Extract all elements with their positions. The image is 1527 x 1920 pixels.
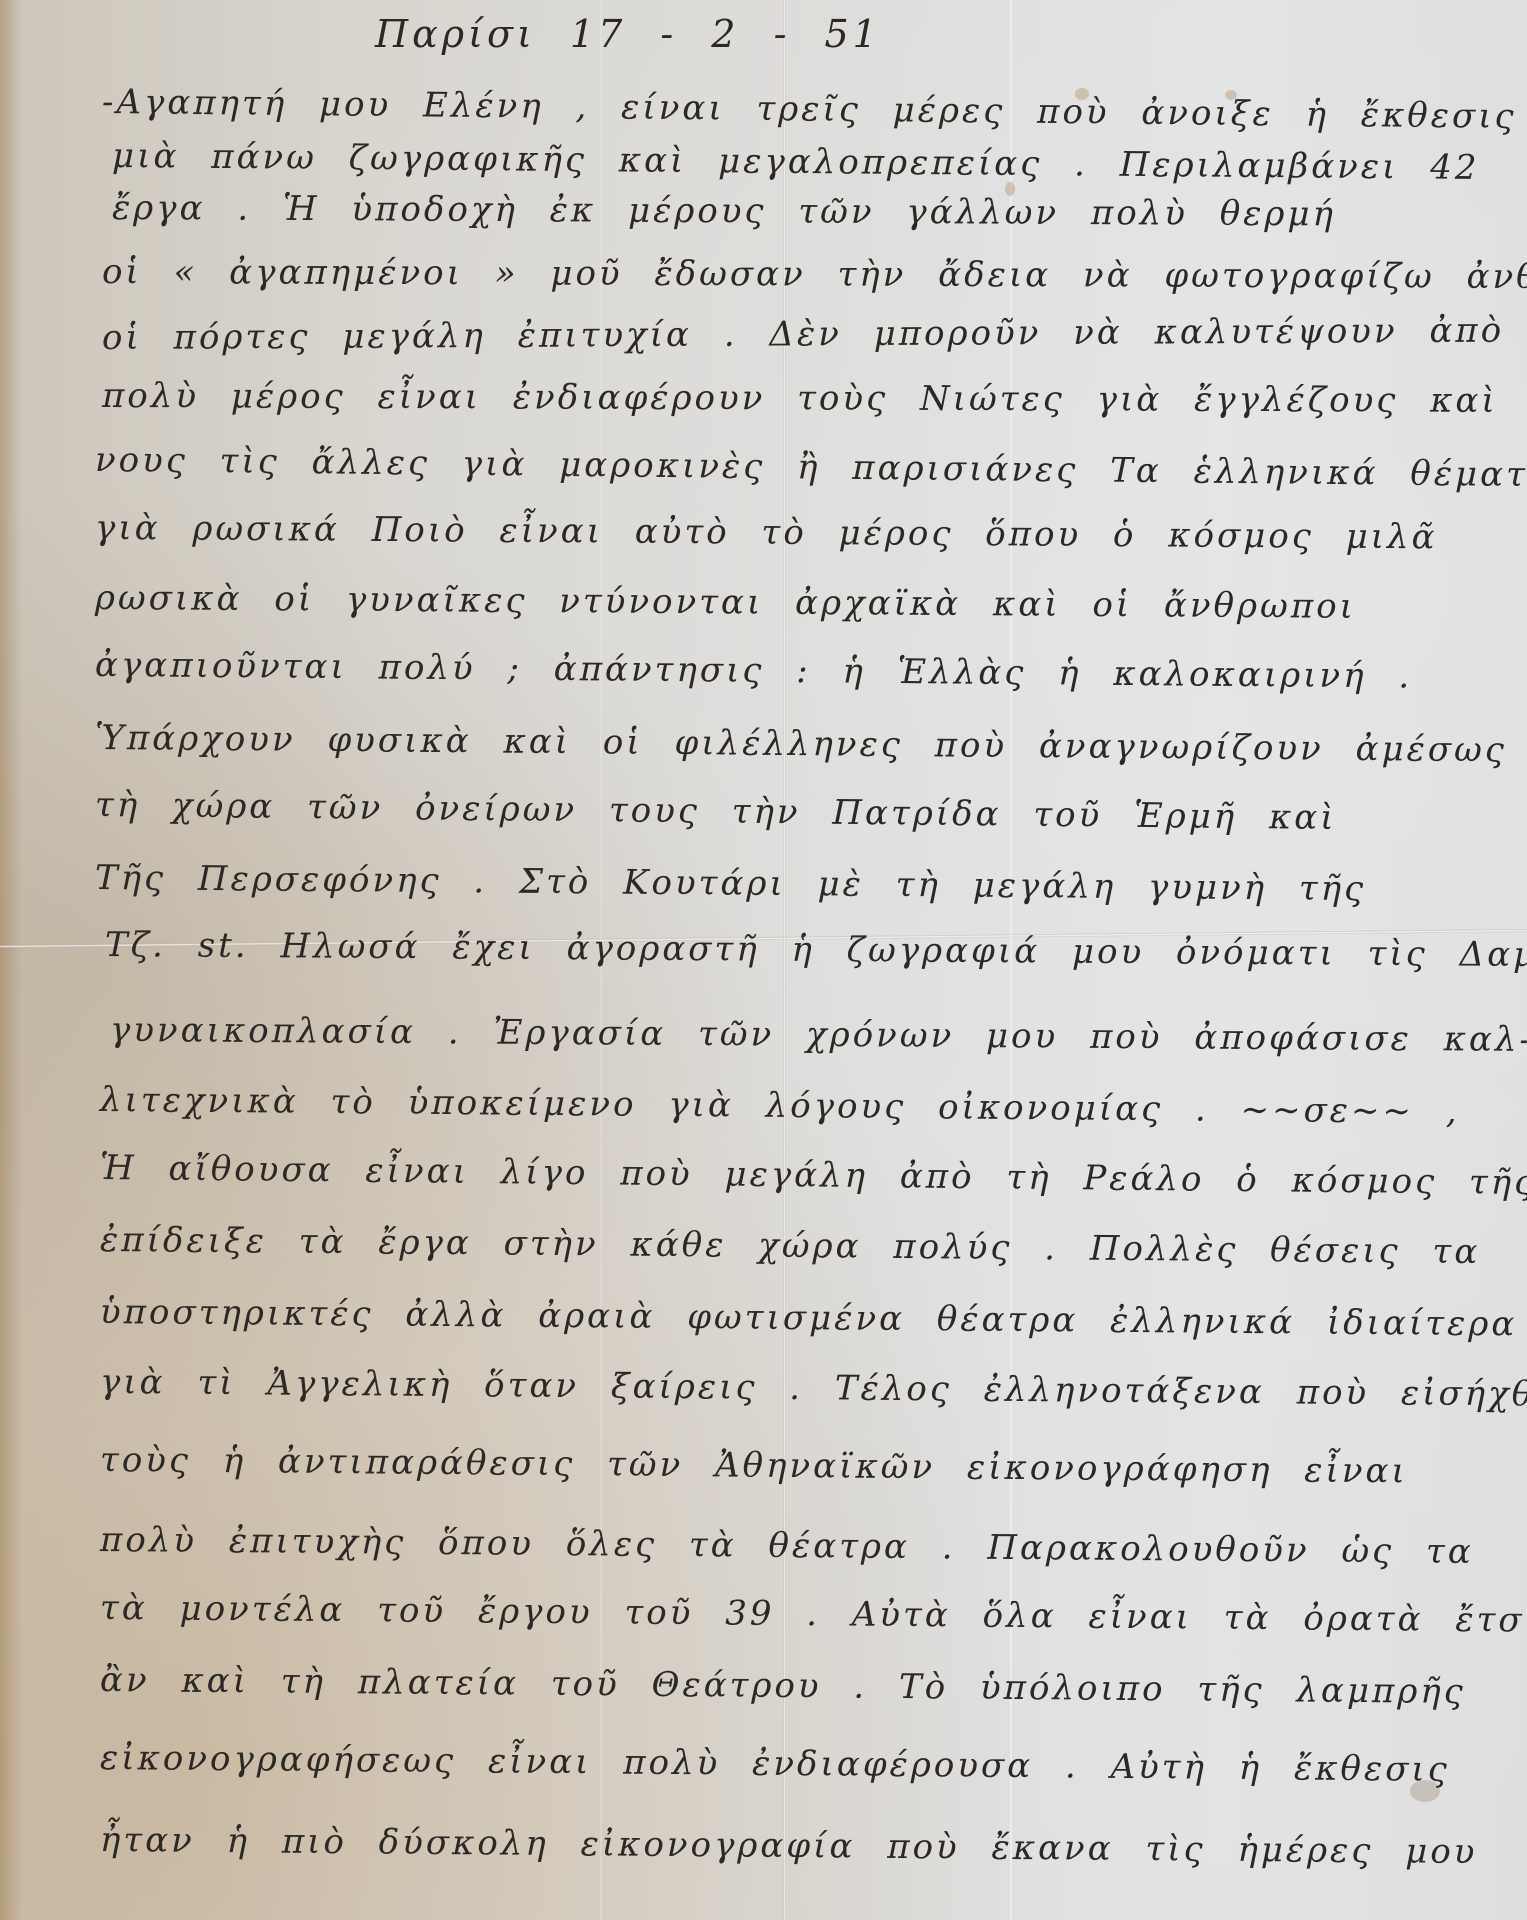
- letter-line: ἀγαπιοῦνται πολύ ; ἀπάντησις : ἡ Ἑλλὰς ἡ…: [95, 645, 1413, 696]
- letter-line: τὰ μοντέλα τοῦ ἔργου τοῦ 39 . Αὐτὰ ὅλα ε…: [100, 1588, 1527, 1641]
- letter-line: ἔργα . Ἡ ὑποδοχὴ ἐκ μέρους τῶν γάλλων πο…: [112, 188, 1336, 234]
- letter-line: λιτεχνικὰ τὸ ὑποκείμενο γιὰ λόγους οἰκον…: [100, 1080, 1460, 1132]
- letter-line: ρωσικὰ οἱ γυναῖκες ντύνονται ἀρχαϊκὰ καὶ…: [95, 578, 1356, 627]
- letter-line: γυναικοπλασία . Ἐργασία τῶν χρόνων μου π…: [110, 1010, 1527, 1060]
- letter-line: Ὑπάρχουν φυσικὰ καὶ οἱ φιλέλληνες ποὺ ἀν…: [95, 718, 1507, 770]
- letter-body: Παρίσι 17 - 2 - 51 -Αγαπητή μου Ελένη , …: [0, 0, 1527, 1920]
- letter-line: οἱ « ἀγαπημένοι » μοῦ ἔδωσαν τὴν ἄδεια ν…: [102, 252, 1527, 297]
- letter-line: ἂν καὶ τὴ πλατεία τοῦ Θεάτρου . Τὸ ὑπόλο…: [100, 1660, 1466, 1712]
- letter-date: Παρίσι 17 - 2 - 51: [375, 12, 881, 56]
- letter-line: τὴ χώρα τῶν ὀνείρων τους τὴν Πατρίδα τοῦ…: [95, 785, 1337, 838]
- letter-line: πολὺ ἐπιτυχὴς ὅπου ὅλες τὰ θέατρα . Παρα…: [100, 1520, 1474, 1572]
- letter-line: γιὰ τὶ Ἀγγελικὴ ὅταν ξαίρεις . Τέλος ἐλλ…: [100, 1362, 1527, 1415]
- letter-line: ἦταν ἡ πιὸ δύσκολη εἰκονογραφία ποὺ ἔκαν…: [100, 1820, 1478, 1872]
- letter-line: Τῆς Περσεφόνης . Στὸ Κουτάρι μὲ τὴ μεγάλ…: [95, 858, 1367, 909]
- letter-line: ἐπίδειξε τὰ ἔργα στὴν κάθε χώρα πολύς . …: [100, 1220, 1481, 1272]
- letter-line: μιὰ πάνω ζωγραφικῆς καὶ μεγαλοπρεπείας .…: [112, 136, 1480, 188]
- letter-line: γιὰ ρωσικά Ποιὸ εἶναι αὐτὸ τὸ μέρος ὅπου…: [95, 508, 1438, 557]
- letter-line: πολὺ μέρος εἶναι ἐνδιαφέρουν τοὺς Νιώτες…: [102, 376, 1527, 422]
- letter-line: ὑποστηρικτές ἀλλὰ ἀραιὰ φωτισμένα θέατρα…: [100, 1292, 1527, 1346]
- letter-line: Ἡ αἴθουσα εἶναι λίγο ποὺ μεγάλη ἀπὸ τὴ Ρ…: [100, 1148, 1527, 1203]
- letter-line: -Αγαπητή μου Ελένη , είναι τρεῖς μέρες π…: [102, 82, 1517, 137]
- letter-line: οἱ πόρτες μεγάλη ἐπιτυχία . Δὲν μποροῦν …: [102, 311, 1504, 358]
- letter-line: Τζ. st. Ηλωσά ἔχει ἀγοραστῆ ἡ ζωγραφιά μ…: [105, 925, 1527, 976]
- letter-line: εἰκονογραφήσεως εἶναι πολὺ ἐνδιαφέρουσα …: [100, 1738, 1450, 1790]
- letter-line: τοὺς ἡ ἀντιπαράθεσις τῶν Ἀθηναϊκῶν εἰκον…: [100, 1440, 1408, 1491]
- letter-line: νους τὶς ἄλλες γιὰ μαροκινὲς ἢ παρισιάνε…: [95, 440, 1527, 495]
